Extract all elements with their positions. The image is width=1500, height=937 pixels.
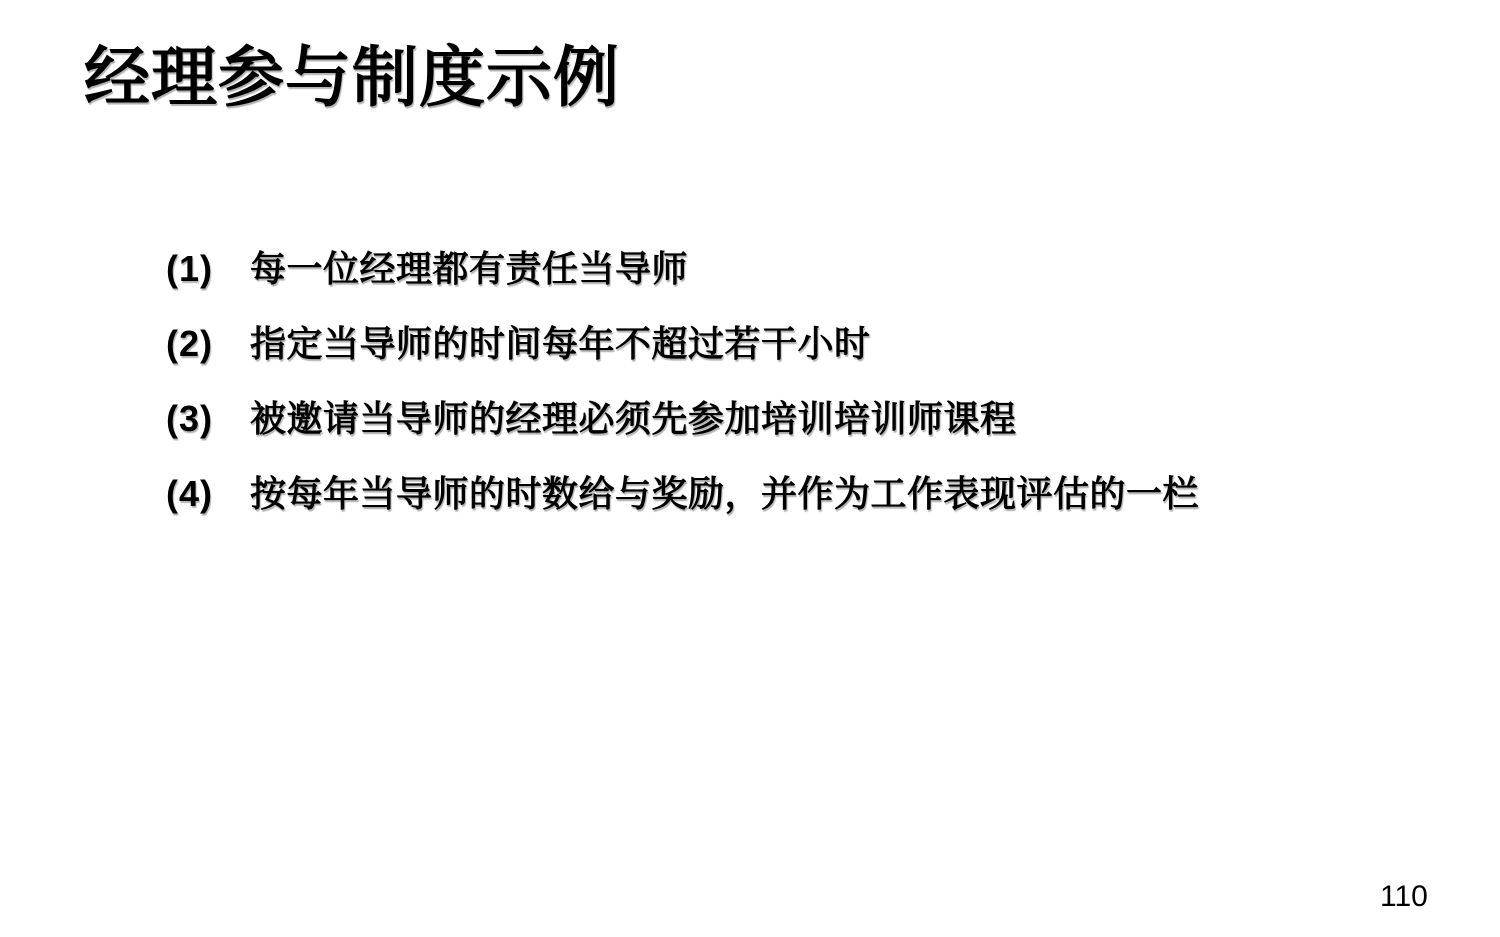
item-text: 被邀请当导师的经理必须先参加培训培训师课程 — [250, 381, 1017, 456]
item-marker: (1) — [166, 231, 250, 306]
item-text: 每一位经理都有责任当导师 — [250, 231, 688, 306]
page-number: 110 — [1380, 882, 1428, 912]
item-marker: (4) — [166, 456, 250, 531]
list-item: (4) 按每年当导师的时数给与奖励，并作为工作表现评估的一栏 — [166, 456, 1199, 531]
item-marker: (3) — [166, 381, 250, 456]
numbered-list: (1) 每一位经理都有责任当导师 (2) 指定当导师的时间每年不超过若干小时 (… — [166, 231, 1199, 531]
list-item: (3) 被邀请当导师的经理必须先参加培训培训师课程 — [166, 381, 1199, 456]
list-item: (2) 指定当导师的时间每年不超过若干小时 — [166, 306, 1199, 381]
list-item: (1) 每一位经理都有责任当导师 — [166, 231, 1199, 306]
slide-title: 经理参与制度示例 — [84, 40, 620, 116]
item-marker: (2) — [166, 306, 250, 381]
item-text: 指定当导师的时间每年不超过若干小时 — [250, 306, 871, 381]
item-text: 按每年当导师的时数给与奖励，并作为工作表现评估的一栏 — [250, 456, 1199, 531]
slide-canvas: 经理参与制度示例 (1) 每一位经理都有责任当导师 (2) 指定当导师的时间每年… — [0, 0, 1500, 937]
